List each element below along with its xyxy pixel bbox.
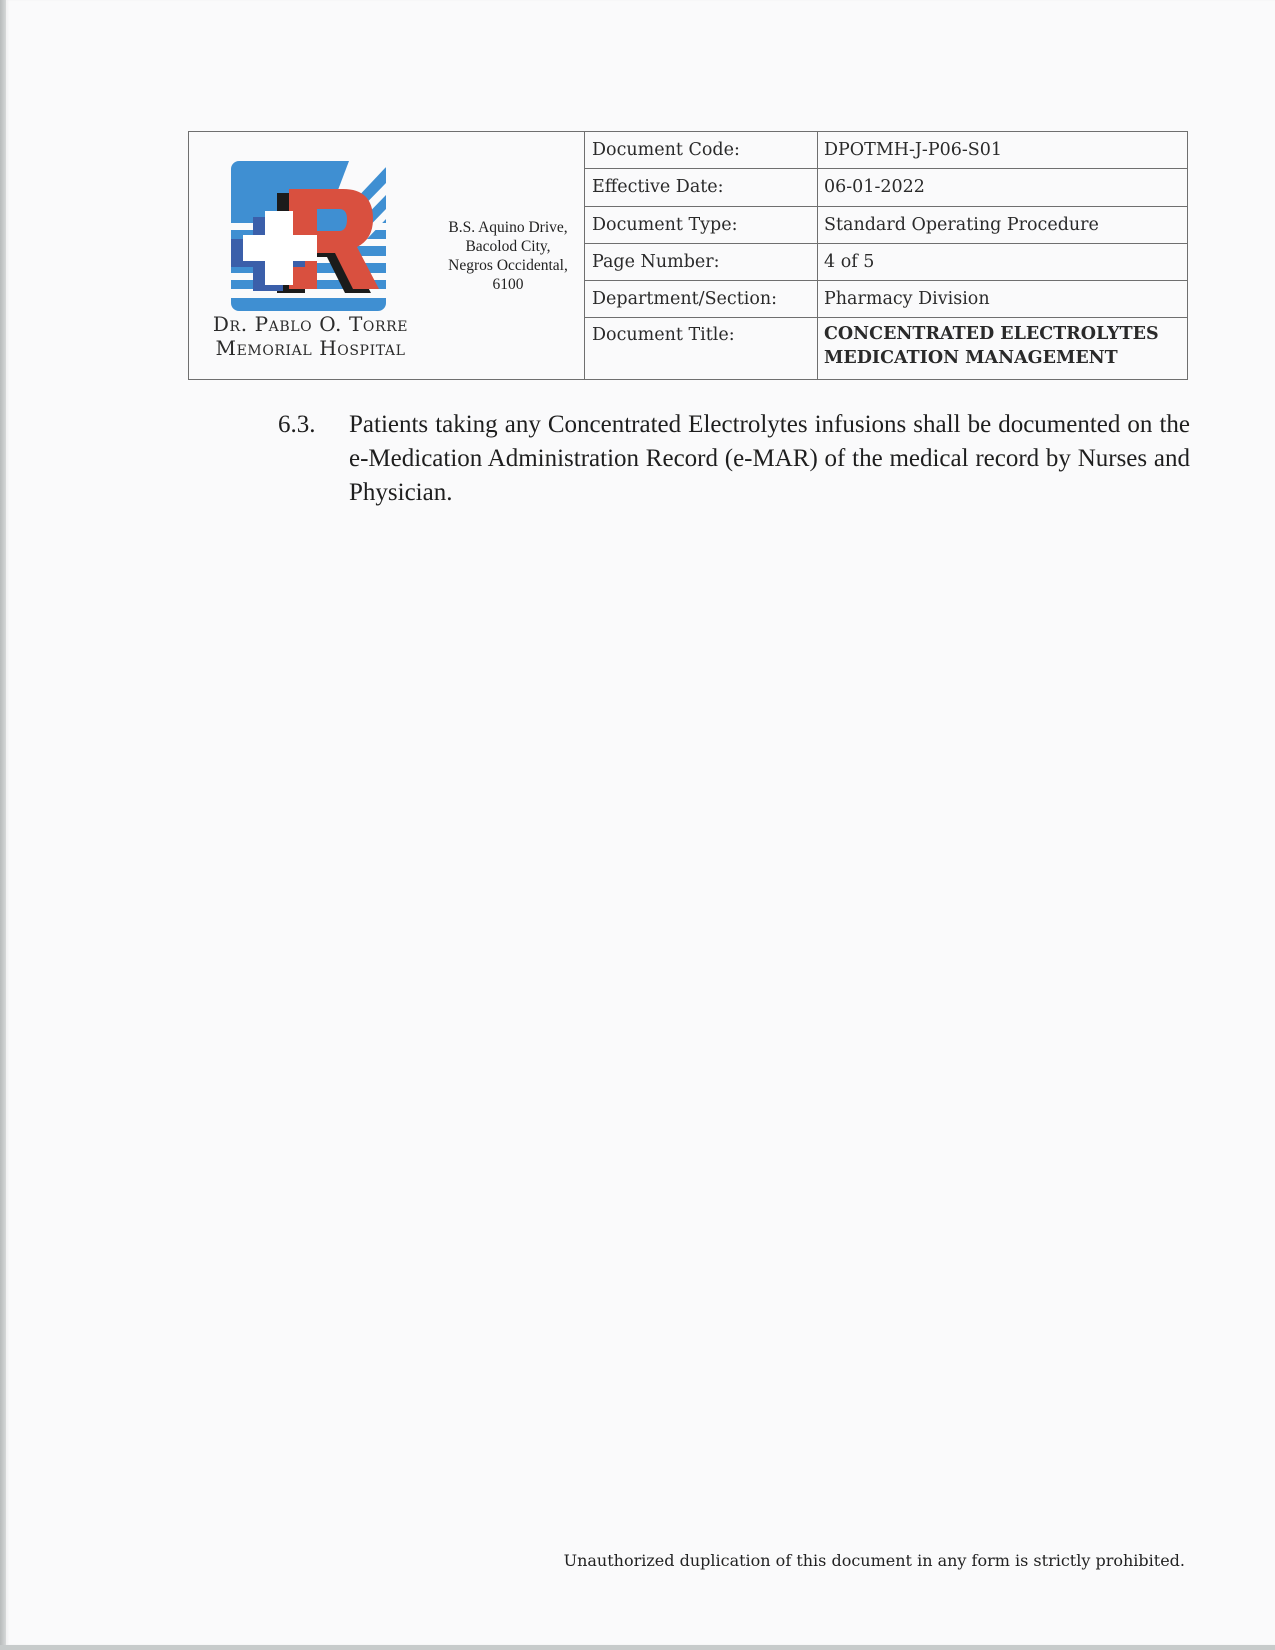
hospital-name-line1: Dr. Pablo O. Torre <box>189 312 432 336</box>
document-type-value: Standard Operating Procedure <box>818 206 1188 243</box>
document-title-line2: MEDICATION MANAGEMENT <box>824 346 1187 370</box>
page-number-label: Page Number: <box>585 243 818 280</box>
document-header-table: Dr. Pablo O. Torre Memorial Hospital B.S… <box>188 131 1188 380</box>
document-type-label: Document Type: <box>585 206 818 243</box>
footer-notice: Unauthorized duplication of this documen… <box>564 1551 1185 1570</box>
scan-edge-bottom <box>0 1645 1275 1650</box>
hospital-cross-r-logo-icon <box>231 161 386 311</box>
department-label: Department/Section: <box>585 281 818 318</box>
header-row-document-code: Dr. Pablo O. Torre Memorial Hospital B.S… <box>189 132 1188 169</box>
effective-date-label: Effective Date: <box>585 169 818 206</box>
section-number: 6.3. <box>278 408 316 442</box>
document-code-value: DPOTMH-J-P06-S01 <box>818 132 1188 169</box>
document-page: Dr. Pablo O. Torre Memorial Hospital B.S… <box>6 0 1275 1645</box>
hospital-name: Dr. Pablo O. Torre Memorial Hospital <box>189 312 432 360</box>
hospital-address: B.S. Aquino Drive, Bacolod City, Negros … <box>432 132 585 380</box>
page-number-value: 4 of 5 <box>818 243 1188 280</box>
document-title-value: CONCENTRATED ELECTROLYTES MEDICATION MAN… <box>818 318 1188 380</box>
hospital-name-line2: Memorial Hospital <box>189 336 432 360</box>
address-line: 6100 <box>432 275 584 294</box>
effective-date-value: 06-01-2022 <box>818 169 1188 206</box>
document-code-label: Document Code: <box>585 132 818 169</box>
document-title-line1: CONCENTRATED ELECTROLYTES <box>824 322 1187 346</box>
address-line: B.S. Aquino Drive, <box>432 218 584 237</box>
address-line: Negros Occidental, <box>432 256 584 275</box>
scan-edge-left <box>0 0 6 1650</box>
department-value: Pharmacy Division <box>818 281 1188 318</box>
section-text: Patients taking any Concentrated Electro… <box>349 408 1190 510</box>
document-title-label: Document Title: <box>585 318 818 380</box>
logo-cell: Dr. Pablo O. Torre Memorial Hospital <box>189 132 433 380</box>
address-line: Bacolod City, <box>432 237 584 256</box>
